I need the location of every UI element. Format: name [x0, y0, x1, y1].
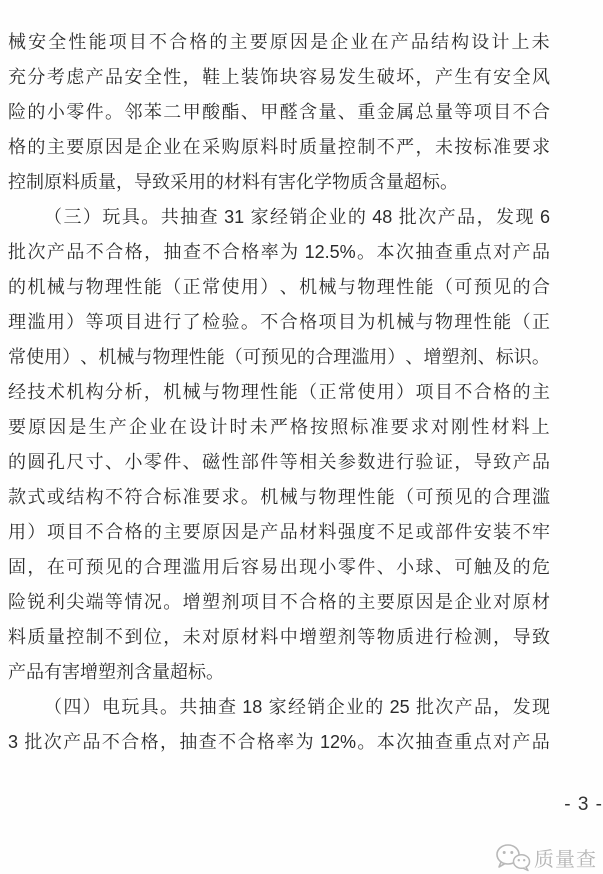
text-line: 要原因是生产企业在设计时未严格按照标准要求对刚性材料上 [8, 410, 550, 445]
text-line: 经技术机构分析，机械与物理性能（正常使用）项目不合格的主 [8, 375, 550, 410]
text-line: （四）电玩具。共抽查 18 家经销企业的 25 批次产品，发现 [8, 690, 550, 725]
document-body: 械安全性能项目不合格的主要原因是企业在产品结构设计上未充分考虑产品安全性，鞋上装… [8, 25, 550, 760]
text-line: 常使用）、机械与物理性能（可预见的合理滥用）、增塑剂、标识。 [8, 340, 550, 375]
text-line: 械安全性能项目不合格的主要原因是企业在产品结构设计上未 [8, 25, 550, 60]
watermark: 质量查 [495, 842, 597, 872]
text-line: 格的主要原因是企业在采购原料时质量控制不严，未按标准要求 [8, 130, 550, 165]
text-line: 固，在可预见的合理滥用后容易出现小零件、小球、可触及的危 [8, 550, 550, 585]
text-line: 理滥用）等项目进行了检验。不合格项目为机械与物理性能（正 [8, 305, 550, 340]
text-line: 料质量控制不到位，未对原材料中增塑剂等物质进行检测，导致 [8, 620, 550, 655]
page-number: - 3 - [76, 794, 603, 816]
text-line: 款式或结构不符合标准要求。机械与物理性能（可预见的合理滥 [8, 480, 550, 515]
text-line: 险锐利尖端等情况。增塑剂项目不合格的主要原因是企业对原材 [8, 585, 550, 620]
watermark-label: 质量查 [534, 843, 597, 872]
text-line: 险的小零件。邻苯二甲酸酯、甲醛含量、重金属总量等项目不合 [8, 95, 550, 130]
text-line: 批次产品不合格，抽查不合格率为 12.5%。本次抽查重点对产品 [8, 235, 550, 270]
text-line: 产品有害增塑剂含量超标。 [8, 655, 550, 690]
document-page: 械安全性能项目不合格的主要原因是企业在产品结构设计上未充分考虑产品安全性，鞋上装… [0, 0, 603, 874]
wechat-icon [495, 842, 531, 872]
text-line: 的机械与物理性能（正常使用）、机械与物理性能（可预见的合 [8, 270, 550, 305]
text-line: 控制原料质量，导致采用的材料有害化学物质含量超标。 [8, 165, 550, 200]
text-line: 的圆孔尺寸、小零件、磁性部件等相关参数进行验证，导致产品 [8, 445, 550, 480]
text-line: 充分考虑产品安全性，鞋上装饰块容易发生破坏，产生有安全风 [8, 60, 550, 95]
text-line: 3 批次产品不合格，抽查不合格率为 12%。本次抽查重点对产品 [8, 725, 550, 760]
text-line: （三）玩具。共抽查 31 家经销企业的 48 批次产品，发现 6 [8, 200, 550, 235]
text-line: 用）项目不合格的主要原因是产品材料强度不足或部件安装不牢 [8, 515, 550, 550]
